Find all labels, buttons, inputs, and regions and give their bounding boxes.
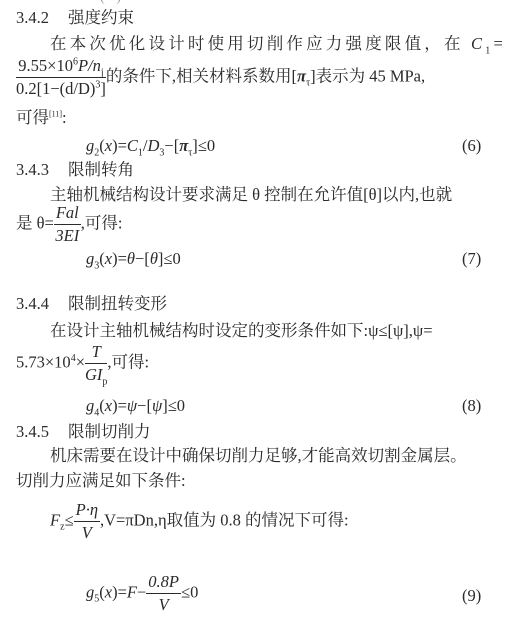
relation: ≤0 xyxy=(181,582,198,601)
denominator: V xyxy=(74,522,100,542)
fraction-theta: Fal3EI xyxy=(54,205,81,244)
subscript: 1 xyxy=(485,45,493,56)
equation-7: g3(x)=θ−[θ]≤0 (7) xyxy=(86,251,520,268)
section-title: 限制切削力 xyxy=(68,422,151,441)
equation-number: (6) xyxy=(462,138,481,155)
fraction-psi: TGIp xyxy=(85,344,107,383)
equation-number: (8) xyxy=(462,398,481,415)
numerator: T xyxy=(85,344,107,364)
numerator: 9.55×10 xyxy=(18,56,73,75)
colon: : xyxy=(62,108,67,127)
section-number: 3.4.5 xyxy=(16,424,68,441)
condition-line: Fz≤P·ηV,V=πDn,η取值为 0.8 的情况下可得: xyxy=(50,502,349,541)
section-heading-3-4-5: 3.4.5限制切削力 xyxy=(16,424,151,441)
subscript: p xyxy=(102,376,107,387)
text: ,V=πDn,η取值为 0.8 的情况下可得: xyxy=(100,510,349,529)
numerator: Fal xyxy=(54,205,81,225)
section-number: 3.4.2 xyxy=(16,10,68,27)
subscript: j xyxy=(101,67,104,78)
section-heading-3-4-4: 3.4.4限制扭转变形 xyxy=(16,296,167,313)
denominator: GI xyxy=(85,365,102,384)
fraction-force: P·ηV xyxy=(74,502,100,541)
relation: ≤ xyxy=(65,510,74,529)
denominator: 3EI xyxy=(54,225,81,245)
cropped-previous-line: ( · ) xyxy=(100,0,121,6)
text: 可得 xyxy=(16,108,49,127)
denominator: V xyxy=(146,594,181,614)
paragraph-line: 可得[11]: xyxy=(16,110,67,127)
section-heading-3-4-3: 3.4.3限制转角 xyxy=(16,162,134,179)
var-c: C xyxy=(471,34,485,53)
numerator: P·η xyxy=(74,502,100,522)
equation-9: g5(x)=F−0.8PV≤0 (9) xyxy=(86,574,520,613)
paragraph-line: 机床需要在设计中确保切削力足够,才能高效切割金属层。 xyxy=(50,448,467,465)
text: ,可得: xyxy=(107,352,149,371)
paragraph-line-fraction: 是 θ=Fal3EI,可得: xyxy=(16,205,122,244)
citation: [11] xyxy=(49,110,62,119)
fraction-c1: 9.55×106P/nj 0.2[1−(d/D)3] xyxy=(16,58,106,97)
paragraph-line: 主轴机械结构设计要求满足 θ 控制在允许值[θ]以内,也就 xyxy=(50,187,452,204)
paragraph-line: 在本次优化设计时使用切削作应力强度限值，在 C1= xyxy=(50,36,506,53)
text: 的条件下,相关材料系数用[ xyxy=(106,66,297,85)
text: ]表示为 45 MPa, xyxy=(310,66,425,85)
text: ,可得: xyxy=(81,213,123,232)
paragraph-line: 切削力应满足如下条件: xyxy=(16,473,186,490)
text: 是 θ= xyxy=(16,213,54,232)
paragraph-line-fraction: 5.73×104×TGIp,可得: xyxy=(16,344,149,383)
section-number: 3.4.3 xyxy=(16,162,68,179)
section-title: 限制转角 xyxy=(68,160,134,179)
paragraph-line: 在设计主轴机械结构时设定的变形条件如下:ψ≤[ψ],ψ= xyxy=(50,323,433,340)
pi-symbol: π xyxy=(297,66,306,85)
var-f: F xyxy=(50,510,60,529)
numerator-vars: P/n xyxy=(78,56,101,75)
text: 5.73×10 xyxy=(16,352,71,371)
section-heading-3-4-2: 3.4.2强度约束 xyxy=(16,10,134,27)
equation-6: g2(x)=C1/D3−[πτ]≤0 (6) xyxy=(86,138,520,155)
section-title: 限制扭转变形 xyxy=(68,294,167,313)
fraction-eq9: 0.8PV xyxy=(146,574,181,613)
equation-number: (9) xyxy=(462,588,481,605)
numerator: 0.8P xyxy=(146,574,181,594)
section-number: 3.4.4 xyxy=(16,296,68,313)
denominator: 0.2[1−(d/D) xyxy=(16,79,95,98)
times: × xyxy=(76,352,85,371)
equation-number: (7) xyxy=(462,251,481,268)
equation-8: g4(x)=ψ−[ψ]≤0 (8) xyxy=(86,398,520,415)
paragraph-line-fraction: 9.55×106P/nj 0.2[1−(d/D)3] 的条件下,相关材料系数用[… xyxy=(16,58,425,97)
section-title: 强度约束 xyxy=(68,8,134,27)
text: 在本次优化设计时使用切削作应力强度限值，在 xyxy=(50,34,464,53)
